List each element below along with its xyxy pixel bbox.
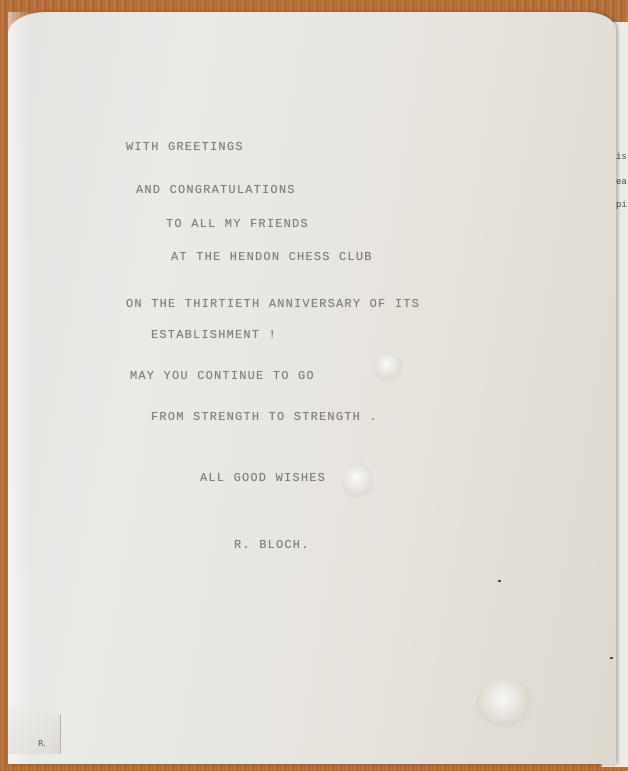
anniversary-line: ON THE THIRTIETH ANNIVERSARY OF ITS (126, 297, 420, 311)
paper-dimple (476, 680, 536, 728)
congratulations-line: AND CONGRATULATIONS (136, 183, 296, 197)
adjacent-page-fragment: ea (616, 177, 627, 187)
continue-line: MAY YOU CONTINUE TO GO (130, 369, 315, 383)
signature-line: R. BLOCH. (234, 538, 310, 552)
club-line: AT THE HENDON CHESS CLUB (171, 250, 373, 264)
paper-dimple (373, 352, 403, 382)
corner-mark: R. (38, 739, 46, 748)
adjacent-page-fragment: is (616, 152, 627, 162)
paper-dimple (343, 462, 373, 502)
friends-line: TO ALL MY FRIENDS (166, 217, 309, 231)
greeting-line: WITH GREETINGS (126, 140, 244, 154)
ink-speck (498, 580, 501, 582)
adjacent-page-fragment: pi (616, 200, 627, 210)
strength-line: FROM STRENGTH TO STRENGTH . (151, 410, 378, 424)
wishes-line: ALL GOOD WISHES (200, 471, 326, 485)
establishment-line: ESTABLISHMENT ! (151, 328, 277, 342)
ink-speck (610, 657, 613, 659)
letter-page: WITH GREETINGS AND CONGRATULATIONS TO AL… (8, 12, 616, 764)
